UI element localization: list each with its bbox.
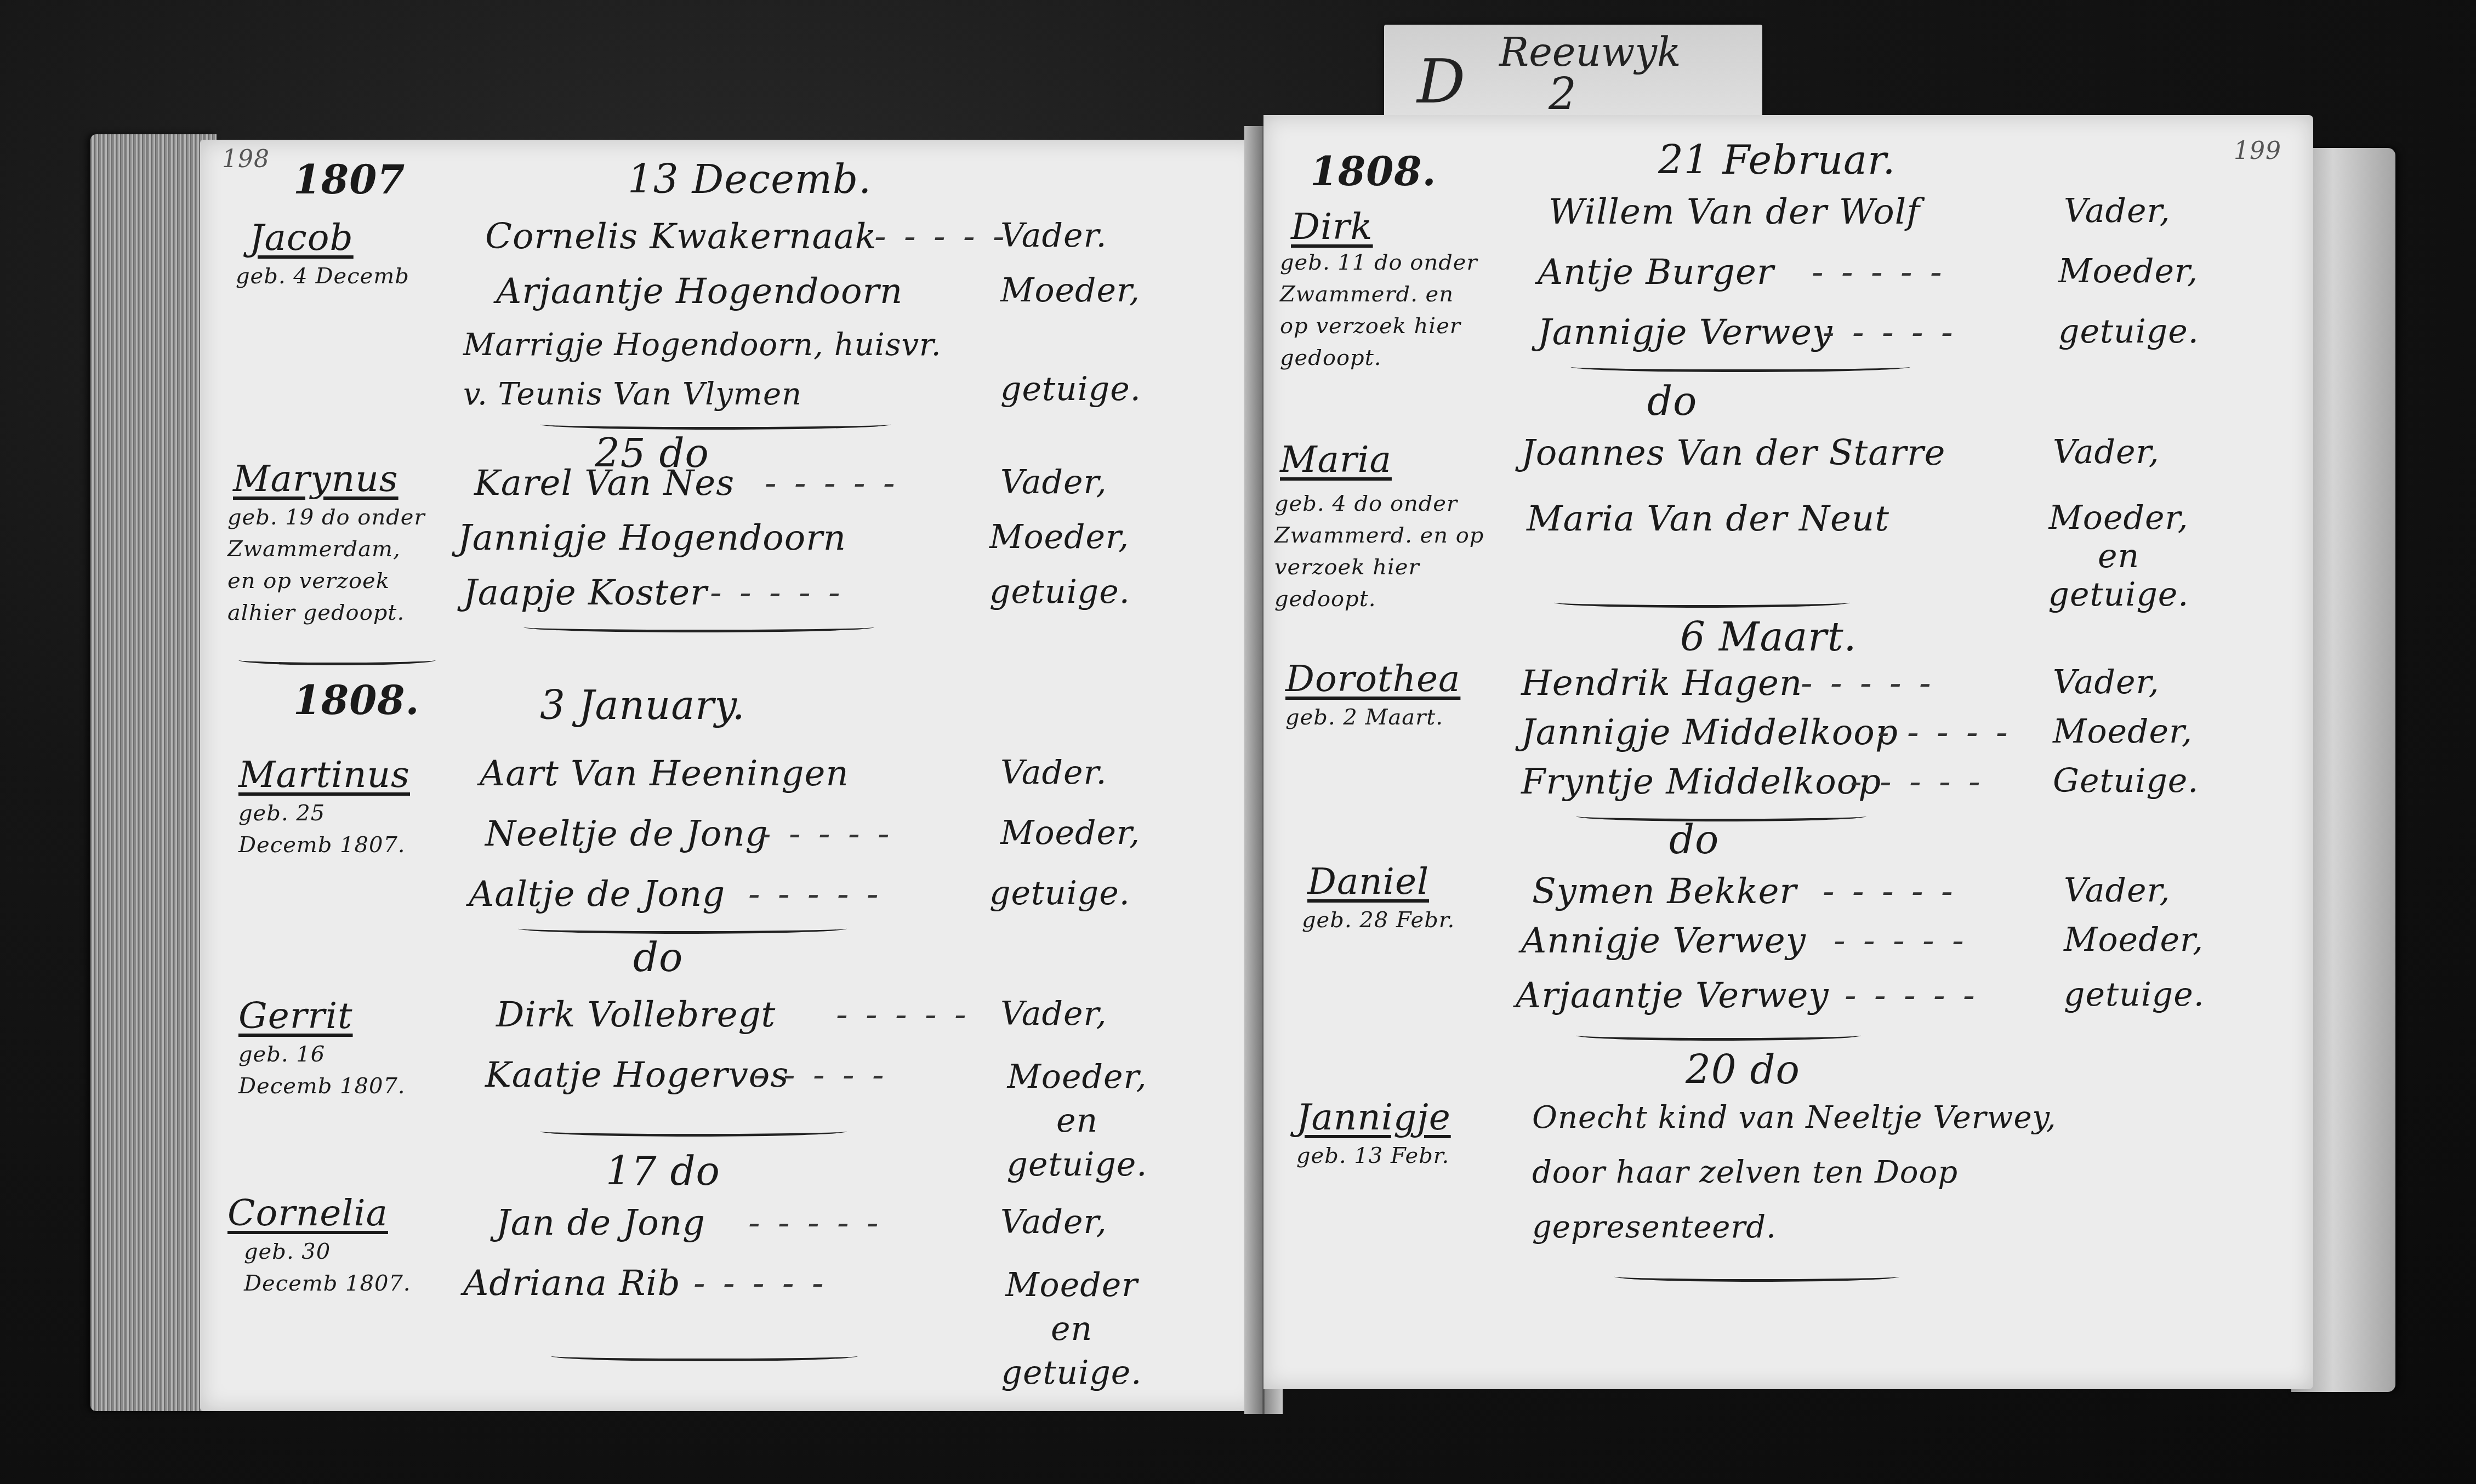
party-name: Neeltje de Jong [485,814,769,854]
party-role: Vader, [2064,192,2171,230]
party-name: Kaatje Hogervos [485,1055,789,1095]
leader-dots: - - - - - [1801,663,1934,704]
birth-note: geb. 11 do onder Zwammerd. en op verzoek… [1280,247,1488,374]
party-role: getuige. [2058,312,2199,351]
leader-dots: - - - - - [710,573,844,613]
party-role: Moeder, [2053,712,2193,751]
leader-dots: - - - - - [874,216,1008,257]
party-role: Vader, [2053,433,2160,471]
entry-date: 17 do [606,1148,720,1194]
child-name: Marynus [233,458,399,500]
entry-date: 6 Maart. [1680,614,1857,660]
separator-flourish [1576,1030,1861,1041]
leader-dots: - - - - - [1823,871,1956,912]
party-role: getuige. [1000,370,1141,408]
leader-dots: - - - - - [748,1203,882,1243]
separator-flourish [518,923,847,934]
child-name: Daniel [1307,860,1429,903]
leader-dots: - - - - - [765,463,898,504]
separator-flourish [1570,362,1910,372]
child-name: Dirk [1291,206,1373,248]
party-role: Vader, [2064,871,2171,910]
illegitimacy-remark: Onecht kind van Neeltje Verwey, door haa… [1532,1091,2058,1255]
left-page: 198 1807 13 Decemb. Jacob geb. 4 Decemb … [200,140,1261,1411]
party-name: Jannigje Middelkoop [1521,712,1898,753]
party-name: Aart Van Heeningen [480,754,849,794]
leader-dots: - - - - - [759,814,893,854]
leader-dots: - - - - - [693,1263,827,1304]
party-role: Moeder, [1000,814,1140,852]
birth-note: geb. 4 do onder Zwammerd. en op verzoek … [1274,488,1488,615]
party-name: Karel Van Nes [474,463,735,504]
party-name: Jaapje Koster [463,573,708,613]
party-role: getuige. [989,573,1130,611]
party-role: Moeder, [1000,271,1140,310]
birth-note: geb. 4 Decemb [236,260,433,292]
child-name: Cornelia [227,1192,388,1234]
page-number: 198 [222,145,270,173]
archive-volume: 2 [1549,69,1576,119]
party-role: getuige. [2064,975,2205,1014]
entry-date: 13 Decemb. [628,156,872,202]
book-page-edges-left [90,134,217,1411]
party-name: Arjaantje Hogendoorn [496,271,903,312]
entry-year: 1807 [293,156,405,203]
party-role: Vader. [1000,216,1107,255]
party-role: Getuige. [2053,762,2199,800]
entry-year: 1808. [1310,148,1436,195]
birth-note: geb. 19 do onder Zwammerdam, en op verzo… [227,501,436,629]
child-name: Martinus [238,754,410,796]
leader-dots: - - - - - [836,995,970,1035]
right-page: 199 1808. 21 Februar. Dirk geb. 11 do on… [1263,115,2313,1389]
child-name: Jannigje [1296,1096,1451,1138]
party-role: Moeder, [2064,921,2204,959]
birth-note: geb. 30 Decemb 1807. [244,1236,430,1299]
party-name: Arjaantje Verwey [1516,975,1829,1016]
child-name: Gerrit [238,995,353,1037]
leader-dots: - - - - - [754,1055,887,1095]
separator-flourish [551,1351,858,1361]
leader-dots: - - - - - [748,874,882,915]
separator-flourish [1614,1271,1899,1282]
party-name: Hendrik Hagen [1521,663,1802,704]
party-name: Jannigje Verwey [1538,312,1832,353]
party-name: Jan de Jong [496,1203,705,1243]
party-role: Moeder, en getuige. [995,1055,1159,1186]
party-role: Vader. [1000,754,1107,792]
party-role: Moeder, [2058,252,2198,290]
separator-flourish [540,1126,847,1137]
party-name: Cornelis Kwakernaak [485,216,877,257]
party-role: Vader, [1000,1203,1107,1241]
party-name: Annigje Verwey [1521,921,1806,961]
entry-date: do [633,934,683,980]
party-name: Aaltje de Jong [469,874,725,915]
party-name: Symen Bekker [1532,871,1797,912]
separator-flourish [540,419,891,430]
party-name: Dirk Vollebregt [496,995,776,1035]
party-name: Joannes Van der Starre [1521,433,1945,473]
leader-dots: - - - - - [1845,975,1978,1016]
party-name: Adriana Rib [463,1263,681,1304]
birth-note: geb. 2 Maart. [1285,701,1472,733]
entry-date: do [1669,817,1719,863]
archive-letter: D [1417,47,1465,117]
birth-note: geb. 13 Febr. [1296,1140,1483,1172]
leader-dots: - - - - - [1834,921,1967,961]
party-name: Maria Van der Neut [1527,499,1889,539]
archive-place: Reeuwyk [1499,29,1681,75]
party-name: Marrigje Hogendoorn, huisvr. v. Teunis V… [463,321,957,419]
leader-dots: - - - - - [1812,252,1945,293]
party-name: Jannigje Hogendoorn [458,518,846,558]
birth-note: geb. 16 Decemb 1807. [238,1038,425,1102]
party-role: Vader, [2053,663,2160,701]
party-role: Moeder, en getuige. [2047,499,2190,614]
entry-year: 1808. [293,677,419,723]
leader-dots: - - - - - [1823,312,1956,353]
separator-flourish [1576,811,1866,821]
leader-dots: - - - - - [1877,712,2011,753]
child-name: Maria [1280,438,1392,481]
party-role: Vader, [1000,463,1107,501]
party-role: Vader, [1000,995,1107,1033]
entry-date: 20 do [1686,1047,1800,1093]
party-role: Moeder en getuige. [995,1263,1148,1395]
separator-flourish [238,655,436,665]
entry-date: do [1647,378,1697,424]
page-number: 199 [2234,137,2281,165]
separator-flourish [523,622,874,632]
separator-flourish [1554,597,1850,608]
leader-dots: - - - - - [1850,762,1984,802]
child-name: Jacob [249,216,354,259]
entry-date: 3 January. [540,682,745,728]
party-name: Antje Burger [1538,252,1774,293]
party-name: Fryntje Middelkoop [1521,762,1881,802]
party-name: Willem Van der Wolf [1549,192,1920,232]
entry-date: 21 Februar. [1658,137,1896,183]
birth-note: geb. 28 Febr. [1302,904,1488,936]
party-role: getuige. [989,874,1130,912]
child-name: Dorothea [1285,658,1460,700]
birth-note: geb. 25 Decemb 1807. [238,797,425,861]
party-role: Moeder, [989,518,1129,556]
